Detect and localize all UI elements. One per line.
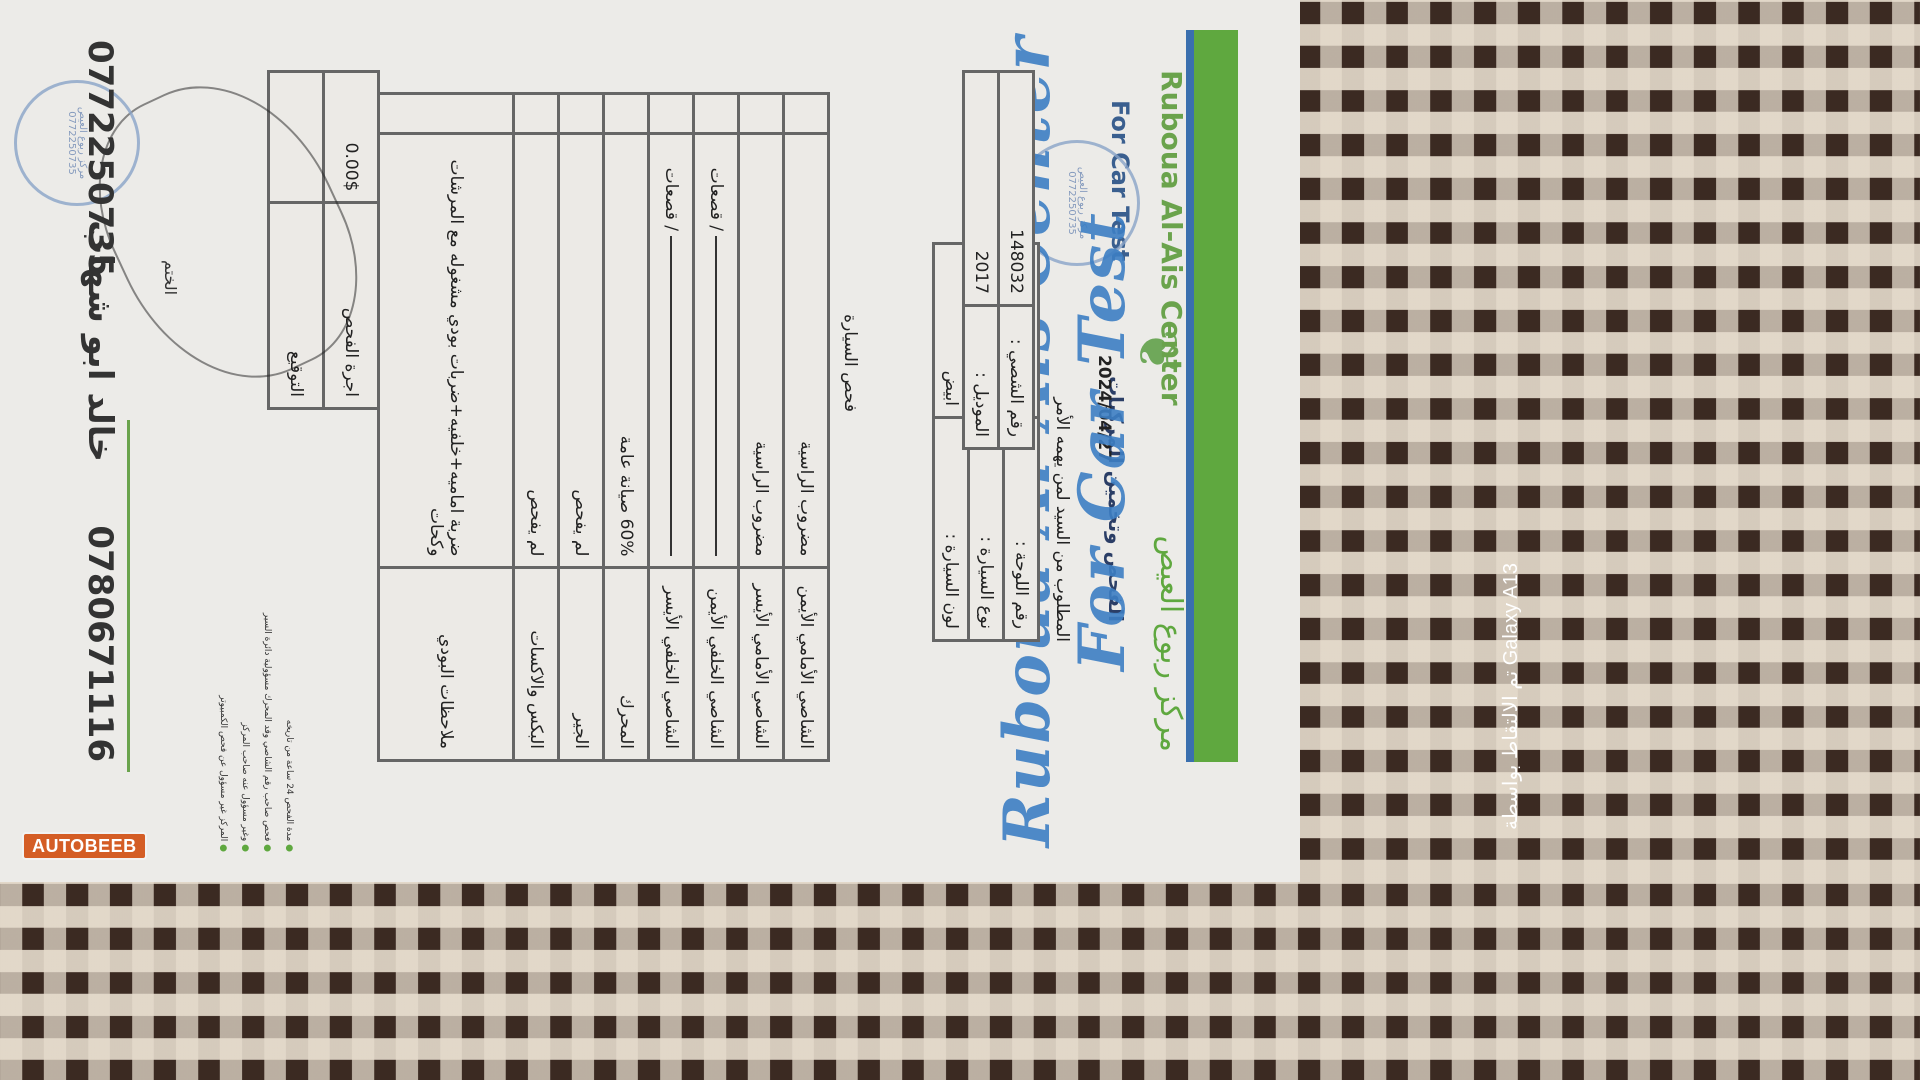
rear-left-chassis-label: الشاصي الخلفي الأيسر: [649, 568, 694, 761]
chassis-label: رقم الشصي :: [999, 306, 1034, 449]
table-row: رقم الشصي : 148032: [999, 72, 1034, 449]
model-value: 2017: [964, 72, 999, 306]
stamp-bottom: مركز ربوع العيص 0772250735: [14, 80, 140, 206]
note-item: ● مدة الفحص 24 ساعة من تاريخه: [278, 552, 300, 852]
capture-note: تم الالتقاط بواسطة Galaxy A13: [1498, 500, 1522, 830]
rear-right-chassis-label: الشاصي الخلفي الأيمن: [694, 568, 739, 761]
body-notes-value: ضربة اماميه+خلفيه+ضربات بودي مشغوله مع ا…: [379, 133, 514, 568]
front-right-chassis-value: مضروب الراسية: [784, 133, 829, 568]
table-row: الجير لم يفحص: [559, 94, 604, 761]
inspection-table: الشاصي الأمامي الأيمن مضروب الراسية الشا…: [377, 92, 830, 762]
front-left-chassis-value: مضروب الراسية: [739, 133, 784, 568]
stamp-label: الختم: [161, 260, 180, 295]
table-row: الشاصي الأمامي الأيسر مضروب الراسية: [739, 94, 784, 761]
body-notes-label: ملاحظات البودي: [379, 568, 514, 761]
gearbox-value: لم يفحص: [559, 133, 604, 568]
engine-label: المحرك: [604, 568, 649, 761]
terms-notes: ● مدة الفحص 24 ساعة من تاريخه ● فحص صاحب…: [212, 552, 300, 852]
brand-band: [1186, 30, 1238, 762]
table-row: الشاصي الخلفي الأيمن / قصعات: [694, 94, 739, 761]
chassis-value: 148032: [999, 72, 1034, 306]
table-row: الشاصي الأمامي الأيمن مضروب الراسية: [784, 94, 829, 761]
autobeeb-watermark: AUTOBEEB: [22, 832, 147, 860]
car-color-label: لون السيارة :: [934, 418, 969, 641]
rear-right-chassis-value: / قصعات: [694, 133, 739, 568]
rear-left-chassis-value: / قصعات: [649, 133, 694, 568]
car-type-label: نوع السيارة :: [969, 418, 1004, 641]
fee-value: 0.00$: [324, 72, 379, 203]
note-item: ● وغير مسؤول عنه صاحب المركز: [234, 552, 256, 852]
differential-axles-label: البكس والاكسات: [514, 568, 559, 761]
footer-divider: [127, 420, 130, 772]
center-name-en: Ruboua Al-Ais Center: [1155, 70, 1188, 406]
footer-phone-secondary: 0772250735: [80, 40, 120, 277]
table-row: المحرك 60% صيانة عامة: [604, 94, 649, 761]
inspection-report: مركز ربوع العيص الفحص وتخمين المركبات 20…: [0, 0, 1300, 882]
note-item: ● فحص صاحب رقم الشاصي وقد المحرك مسؤولية…: [256, 552, 278, 852]
footer-phone-main: 0780671116: [80, 525, 120, 762]
dash-line: [670, 236, 672, 556]
table-row: الموديل : 2017: [964, 72, 999, 449]
engine-value: 60% صيانة عامة: [604, 133, 649, 568]
front-left-chassis-label: الشاصي الأمامي الأيسر: [739, 568, 784, 761]
table-row: الشاصي الخلفي الأيسر / قصعات: [649, 94, 694, 761]
note-item: ● المركز غير مسؤول عن فحص الكمبيوتر: [212, 552, 234, 852]
model-label: الموديل :: [964, 306, 999, 449]
id-table: رقم الشصي : 148032 الموديل : 2017: [962, 70, 1035, 450]
front-right-chassis-label: الشاصي الأمامي الأيمن: [784, 568, 829, 761]
center-name-ar: مركز ربوع العيص: [1153, 535, 1188, 752]
inspection-section-title: فحص السيارة: [840, 314, 860, 412]
dash-line: [715, 236, 717, 556]
differential-axles-value: لم يفحص: [514, 133, 559, 568]
table-row: ملاحظات البودي ضربة اماميه+خلفيه+ضربات ب…: [379, 94, 514, 761]
gearbox-label: الجير: [559, 568, 604, 761]
table-row: البكس والاكسات لم يفحص: [514, 94, 559, 761]
plate-label: رقم اللوحة :: [1004, 418, 1039, 641]
